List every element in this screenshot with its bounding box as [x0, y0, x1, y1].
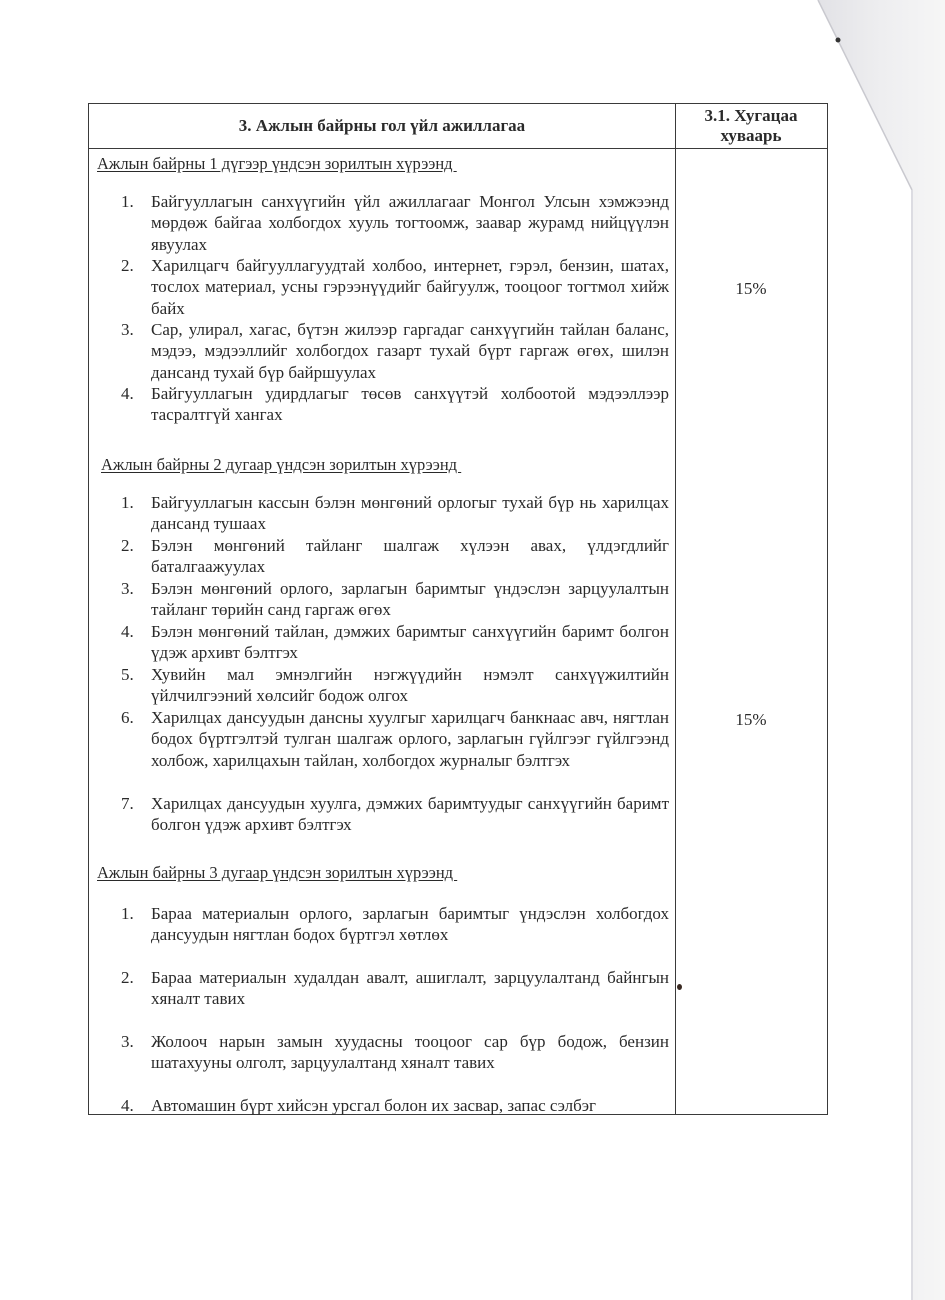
section-2-item-4: 4. Бэлэн мөнгөний тайлан, дэмжих баримты… — [121, 621, 669, 664]
item-text: Хувийн мал эмнэлгийн нэгжүүдийн нэмэлт с… — [151, 664, 669, 707]
section-2-item-7: 7. Харилцах дансуудын хуулга, дэмжих бар… — [121, 793, 669, 836]
item-number: 4. — [121, 383, 145, 404]
scan-speck — [677, 984, 682, 990]
item-number: 5. — [121, 664, 145, 685]
item-text: Байгууллагын кассын бэлэн мөнгөний орлог… — [151, 492, 669, 535]
item-text: Жолооч нарын замын хуудасны тооцоог сар … — [151, 1031, 669, 1074]
item-number: 2. — [121, 967, 145, 988]
item-text: Бараа материалын худалдан авалт, ашиглал… — [151, 967, 669, 1010]
item-number: 4. — [121, 1095, 145, 1116]
section-3-item-4: 4. Автомашин бүрт хийсэн урсгал болон их… — [121, 1095, 669, 1116]
section-3-heading: Ажлын байрны 3 дугаар үндсэн зорилтын хү… — [97, 862, 457, 883]
scanned-page: 3. Ажлын байрны гол үйл ажиллагаа 3.1. Х… — [0, 0, 945, 1300]
item-text: Бэлэн мөнгөний тайланг шалгаж хүлээн ава… — [151, 535, 669, 578]
item-text: Автомашин бүрт хийсэн урсгал болон их за… — [151, 1095, 669, 1116]
item-number: 4. — [121, 621, 145, 642]
section-2-item-3: 3. Бэлэн мөнгөний орлого, зарлагын барим… — [121, 578, 669, 621]
item-number: 2. — [121, 535, 145, 556]
header-main-activities: 3. Ажлын байрны гол үйл ажиллагаа — [89, 104, 675, 148]
header-time-schedule: 3.1. Хугацаа хуваарь — [676, 104, 826, 148]
item-text: Харилцагч байгууллагуудтай холбоо, интер… — [151, 255, 669, 319]
section-2-heading: Ажлын байрны 2 дугаар үндсэн зорилтын хү… — [101, 454, 461, 475]
item-text: Харилцах дансуудын дансны хуулгыг харилц… — [151, 707, 669, 771]
item-number: 1. — [121, 903, 145, 924]
section-3-item-2: 2. Бараа материалын худалдан авалт, ашиг… — [121, 967, 669, 1010]
item-text: Бэлэн мөнгөний тайлан, дэмжих баримтыг с… — [151, 621, 669, 664]
job-duties-table: 3. Ажлын байрны гол үйл ажиллагаа 3.1. Х… — [88, 103, 828, 1115]
section-2-item-2: 2. Бэлэн мөнгөний тайланг шалгаж хүлээн … — [121, 535, 669, 578]
section-1-item-1: 1. Байгууллагын санхүүгийн үйл ажиллагаа… — [121, 191, 669, 255]
item-number: 7. — [121, 793, 145, 814]
item-text: Бэлэн мөнгөний орлого, зарлагын баримтыг… — [151, 578, 669, 621]
item-text: Бараа материалын орлого, зарлагын баримт… — [151, 903, 669, 946]
section-1-item-3: 3. Сар, улирал, хагас, бүтэн жилээр гарг… — [121, 319, 669, 383]
column-divider — [675, 104, 676, 1114]
item-number: 1. — [121, 191, 145, 212]
section-3-item-3: 3. Жолооч нарын замын хуудасны тооцоог с… — [121, 1031, 669, 1074]
item-text: Байгууллагын удирдлагыг төсөв санхүүтэй … — [151, 383, 669, 426]
section-2-time-share: 15% — [676, 710, 826, 730]
section-1-time-share: 15% — [676, 279, 826, 299]
section-2-item-6: 6. Харилцах дансуудын дансны хуулгыг хар… — [121, 707, 669, 771]
section-1-heading: Ажлын байрны 1 дүгээр үндсэн зорилтын хү… — [97, 153, 457, 174]
item-text: Байгууллагын санхүүгийн үйл ажиллагааг М… — [151, 191, 669, 255]
item-number: 3. — [121, 319, 145, 340]
table-header-row: 3. Ажлын байрны гол үйл ажиллагаа 3.1. Х… — [89, 104, 827, 149]
item-text: Харилцах дансуудын хуулга, дэмжих баримт… — [151, 793, 669, 836]
item-number: 6. — [121, 707, 145, 728]
item-number: 3. — [121, 1031, 145, 1052]
item-text: Сар, улирал, хагас, бүтэн жилээр гаргада… — [151, 319, 669, 383]
section-1-item-2: 2. Харилцагч байгууллагуудтай холбоо, ин… — [121, 255, 669, 319]
item-number: 1. — [121, 492, 145, 513]
item-number: 3. — [121, 578, 145, 599]
section-2-item-5: 5. Хувийн мал эмнэлгийн нэгжүүдийн нэмэл… — [121, 664, 669, 707]
section-3-item-1: 1. Бараа материалын орлого, зарлагын бар… — [121, 903, 669, 946]
item-number: 2. — [121, 255, 145, 276]
section-2-item-1: 1. Байгууллагын кассын бэлэн мөнгөний ор… — [121, 492, 669, 535]
section-1-item-4: 4. Байгууллагын удирдлагыг төсөв санхүүт… — [121, 383, 669, 426]
